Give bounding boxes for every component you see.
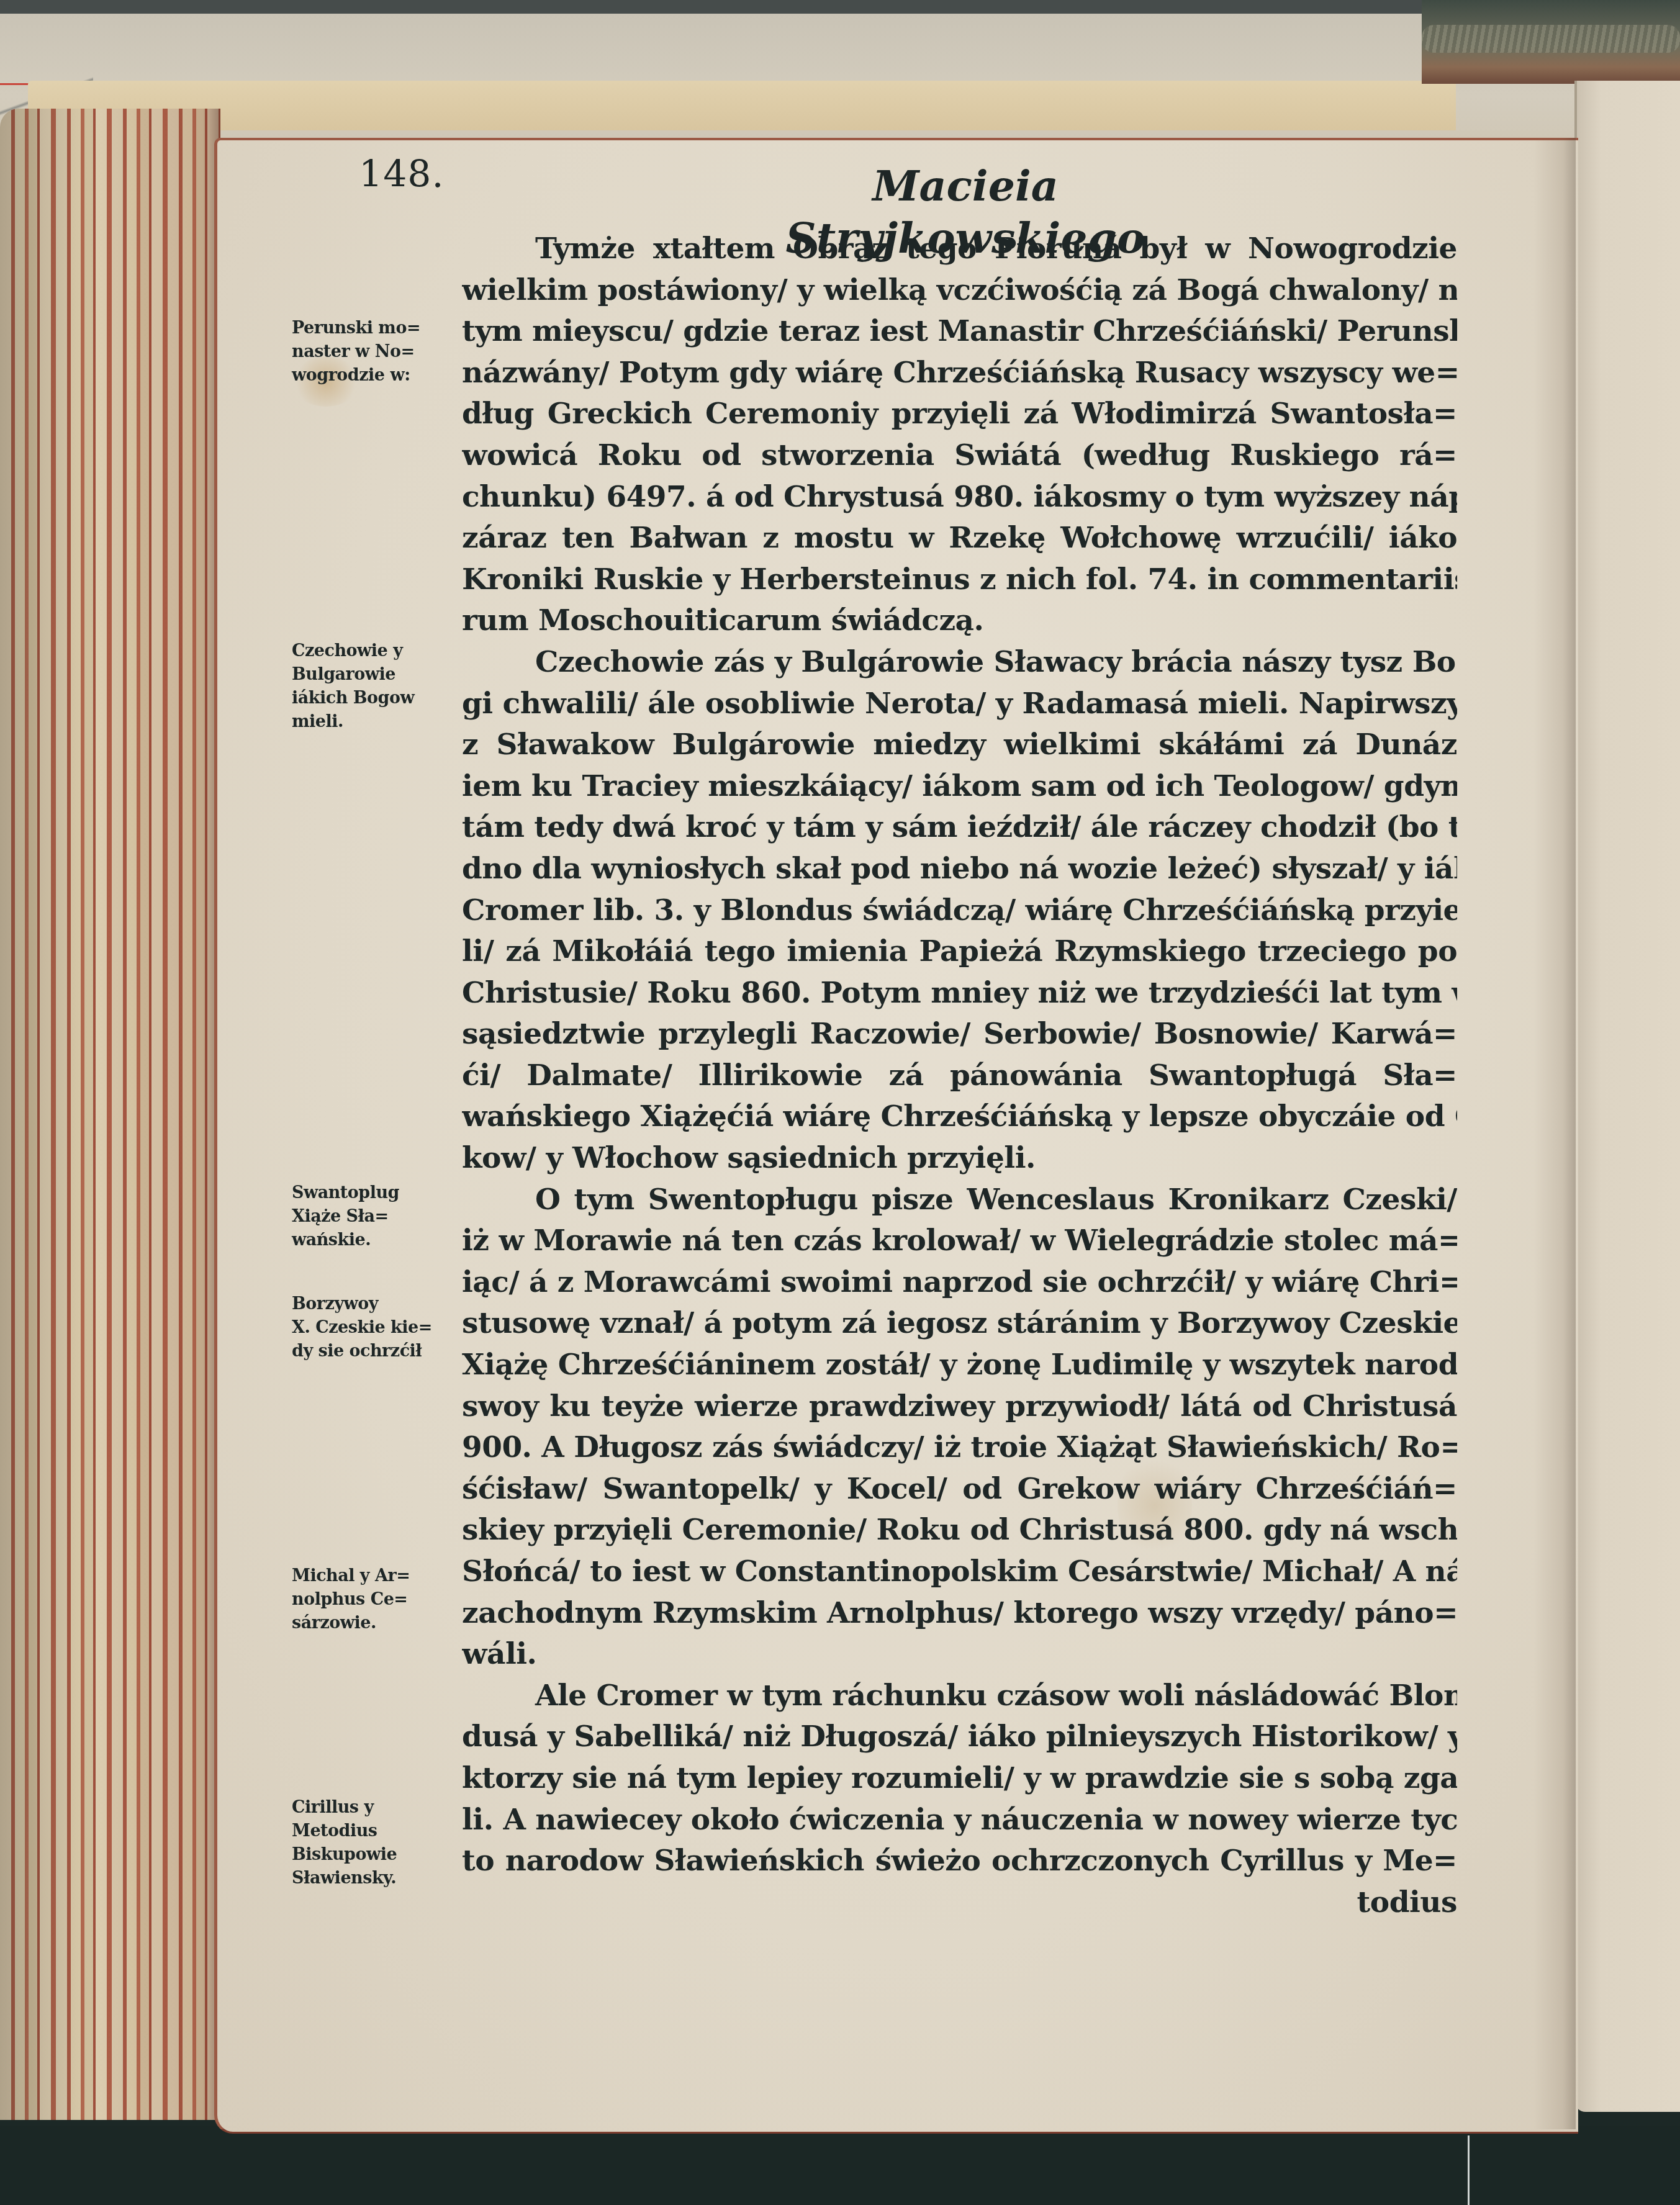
margin-note-line: Michal y Ar= — [292, 1564, 459, 1588]
margin-note-swantoplug: Swantoplug Xiąże Sła= wańskie. — [292, 1181, 459, 1252]
text-line: tám tedy dwá kroć y tám y sám ieździł/ á… — [462, 807, 1457, 849]
text-line: to narodow Sławieńskich świeżo ochrzczon… — [462, 1841, 1457, 1882]
margin-note-line: Borzywoy — [292, 1292, 459, 1316]
margin-note-line: Biskupowie — [292, 1843, 459, 1867]
text-line: wowicá Roku od stworzenia Swiátá (według… — [462, 435, 1457, 477]
text-line: záraz ten Bałwan z mostu w Rzekę Wołchow… — [462, 518, 1457, 559]
text-line: wielkim postáwiony/ y wielką vczćiwośćią… — [462, 270, 1457, 312]
margin-note-line: nolphus Ce= — [292, 1588, 459, 1612]
page-gutter-shadow — [1533, 138, 1576, 2129]
margin-note-line: sárzowie. — [292, 1612, 459, 1635]
text-line: ktorzy sie ná tym lepiey rozumieli/ y w … — [462, 1758, 1457, 1800]
text-line: Czechowie zás y Bulgárowie Sławacy bráci… — [462, 642, 1457, 683]
margin-note-line: Xiąże Sła= — [292, 1205, 459, 1229]
margin-note-line: X. Czeskie kie= — [292, 1316, 459, 1340]
text-line: Ale Cromer w tym ráchunku czásow woli ná… — [462, 1675, 1457, 1717]
margin-note-line: Swantoplug — [292, 1181, 459, 1205]
text-line: wáli. — [462, 1634, 1457, 1675]
text-line: li. A nawiecey około ćwiczenia y náuczen… — [462, 1800, 1457, 1841]
text-line: iąc/ á z Morawcámi swoimi naprzod sie oc… — [462, 1262, 1457, 1304]
text-line: názwány/ Potym gdy wiárę Chrześćiáńską R… — [462, 353, 1457, 394]
text-line: sąsiedztwie przylegli Raczowie/ Serbowie… — [462, 1014, 1457, 1055]
text-line: skiey przyięli Ceremonie/ Roku od Christ… — [462, 1510, 1457, 1551]
page-number: 148. — [359, 153, 445, 196]
text-line: swoy ku teyże wierze prawdziwey przywiod… — [462, 1386, 1457, 1428]
text-line: rum Moschouiticarum świádczą. — [462, 600, 1457, 642]
book-board-edge — [28, 81, 1456, 130]
margin-note-line: Metodius — [292, 1819, 459, 1843]
margin-note-line: wogrodzie w: — [292, 364, 459, 387]
text-line: li/ zá Mikołáiá tego imienia Papieżá Rzy… — [462, 931, 1457, 973]
text-line: iż w Morawie ná ten czás krolował/ w Wie… — [462, 1220, 1457, 1262]
margin-note-borzywoy: Borzywoy X. Czeskie kie= dy sie ochrzćił — [292, 1292, 459, 1363]
text-line: dno dla wyniosłych skał pod niebo ná woz… — [462, 849, 1457, 890]
facing-page — [1574, 81, 1680, 2112]
margin-note-czechowie: Czechowie y Bulgarowie iákich Bogow miel… — [292, 639, 459, 734]
margin-note-cirillus: Cirillus y Metodius Biskupowie Sławiensk… — [292, 1796, 459, 1890]
text-line: Cromer lib. 3. y Blondus świádczą/ wiárę… — [462, 890, 1457, 932]
margin-note-line: Cirillus y — [292, 1796, 459, 1819]
text-line: Tymże xtałtem Obraz tego Pioruná był w N… — [462, 228, 1457, 270]
margin-note-line: naster w No= — [292, 340, 459, 364]
text-line: śćisław/ Swantopelk/ y Kocel/ od Grekow … — [462, 1469, 1457, 1510]
text-line: O tym Swentopługu pisze Wenceslaus Kroni… — [462, 1179, 1457, 1221]
margin-note-line: Perunski mo= — [292, 317, 459, 340]
page-edge-shade — [0, 109, 220, 2120]
catchword: todius — [462, 1882, 1457, 1924]
margin-note-line: Czechowie y — [292, 639, 459, 663]
text-line: tym mieyscu/ gdzie teraz iest Manastir C… — [462, 311, 1457, 353]
margin-note-line: dy sie ochrzćił — [292, 1340, 459, 1363]
scan-background-bottom — [0, 2126, 1680, 2205]
scan-calibration-line — [1468, 2135, 1470, 2205]
margin-note-line: Bulgarowie — [292, 663, 459, 687]
margin-note-line: wańskie. — [292, 1229, 459, 1252]
text-line: zachodnym Rzymskim Arnolphus/ ktorego ws… — [462, 1593, 1457, 1635]
text-line: Kroniki Ruskie y Herbersteinus z nich fo… — [462, 559, 1457, 601]
text-line: z Sławakow Bulgárowie miedzy wielkimi sk… — [462, 724, 1457, 766]
text-line: ći/ Dalmate/ Illirikowie zá pánowánia Sw… — [462, 1055, 1457, 1097]
margin-note-line: Sławiensky. — [292, 1867, 459, 1890]
text-line: Słońcá/ to iest w Constantinopolskim Ces… — [462, 1551, 1457, 1593]
text-line: Xiążę Chrześćiáninem zostáł/ y żonę Ludi… — [462, 1345, 1457, 1386]
text-line: dusá y Sabelliká/ niż Długoszá/ iáko pil… — [462, 1716, 1457, 1758]
text-line: 900. A Długosz zás świádczy/ iż troie Xi… — [462, 1427, 1457, 1469]
text-line: iem ku Traciey mieszkáiący/ iákom sam od… — [462, 766, 1457, 808]
margin-note-line: iákich Bogow — [292, 687, 459, 710]
binding-headband — [1422, 25, 1680, 53]
text-line: kow/ y Włochow sąsiednich przyięli. — [462, 1138, 1457, 1179]
text-line: wańskiego Xiążęćiá wiárę Chrześćiáńską y… — [462, 1096, 1457, 1138]
margin-note-michal: Michal y Ar= nolphus Ce= sárzowie. — [292, 1564, 459, 1635]
margin-note-perunski: Perunski mo= naster w No= wogrodzie w: — [292, 317, 459, 387]
body-text: Tymże xtałtem Obraz tego Pioruná był w N… — [462, 228, 1457, 1923]
margin-note-line: mieli. — [292, 710, 459, 734]
text-line: dług Greckich Ceremoniy przyięli zá Włod… — [462, 394, 1457, 435]
text-line: chunku) 6497. á od Chrystusá 980. iákosm… — [462, 477, 1457, 518]
text-line: gi chwalili/ ále osobliwie Nerota/ y Rad… — [462, 683, 1457, 725]
text-line: stusowę vznał/ á potym zá iegosz stáráni… — [462, 1303, 1457, 1345]
text-line: Christusie/ Roku 860. Potym mniey niż we… — [462, 973, 1457, 1014]
